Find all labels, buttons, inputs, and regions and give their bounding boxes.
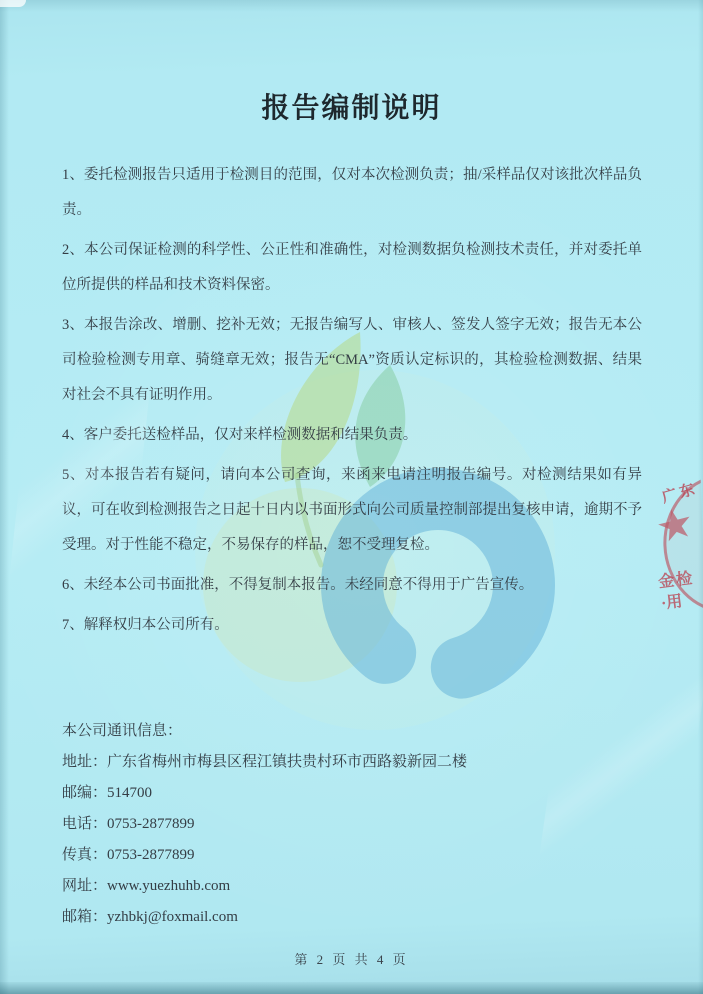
contact-address: 地址：广东省梅州市梅县区程江镇扶贵村环市西路毅新园二楼	[62, 747, 622, 778]
note-item-2: 2、本公司保证检测的科学性、公正性和准确性，对检测数据负检测技术责任，并对委托单…	[62, 233, 642, 303]
notes-section: 1、委托检测报告只适用于检测目的范围，仅对本次检测负责；抽/采样品仅对该批次样品…	[62, 158, 642, 648]
scanned-report-page: 报告编制说明 1、委托检测报告只适用于检测目的范围，仅对本次检测负责；抽/采样品…	[0, 0, 703, 994]
contact-website: 网址：www.yuezhuhb.com	[62, 871, 622, 902]
seal-region-text: 广东	[659, 471, 703, 508]
contact-fax: 传真：0753-2877899	[62, 840, 622, 871]
note-item-1: 1、委托检测报告只适用于检测目的范围，仅对本次检测负责；抽/采样品仅对该批次样品…	[62, 158, 642, 228]
scan-edge-shadow-top	[0, 0, 703, 12]
scan-edge-shadow-bottom	[0, 982, 703, 994]
scan-edge-shadow-left	[0, 0, 9, 994]
seal-text-row2: ·用	[660, 588, 684, 613]
seal-oval	[653, 469, 703, 625]
contact-heading: 本公司通讯信息：	[62, 716, 622, 747]
contact-phone: 电话：0753-2877899	[62, 809, 622, 840]
note-item-3: 3、本报告涂改、增删、挖补无效；无报告编写人、审核人、签发人签字无效；报告无本公…	[62, 308, 642, 413]
scan-corner-speck	[0, 0, 26, 7]
note-item-4: 4、客户委托送检样品，仅对来样检测数据和结果负责。	[62, 418, 642, 453]
red-seal-stamp: 广东 ★ 金检 ·用	[653, 469, 703, 625]
contact-section: 本公司通讯信息： 地址：广东省梅州市梅县区程江镇扶贵村环市西路毅新园二楼 邮编：…	[62, 716, 622, 933]
contact-email: 邮箱：yzhbkj@foxmail.com	[62, 902, 622, 933]
note-item-5: 5、对本报告若有疑问，请向本公司查询，来函来电请注明报告编号。对检测结果如有异议…	[62, 458, 642, 563]
seal-text-row1: 金检	[657, 565, 696, 592]
note-item-7: 7、解释权归本公司所有。	[62, 608, 642, 643]
star-icon: ★	[653, 500, 698, 550]
page-number: 第 2 页 共 4 页	[0, 949, 703, 968]
scan-edge-shadow-right	[698, 0, 703, 994]
page-title: 报告编制说明	[0, 86, 703, 126]
contact-postcode: 邮编：514700	[62, 778, 622, 809]
note-item-6: 6、未经本公司书面批准，不得复制本报告。未经同意不得用于广告宣传。	[62, 568, 642, 603]
